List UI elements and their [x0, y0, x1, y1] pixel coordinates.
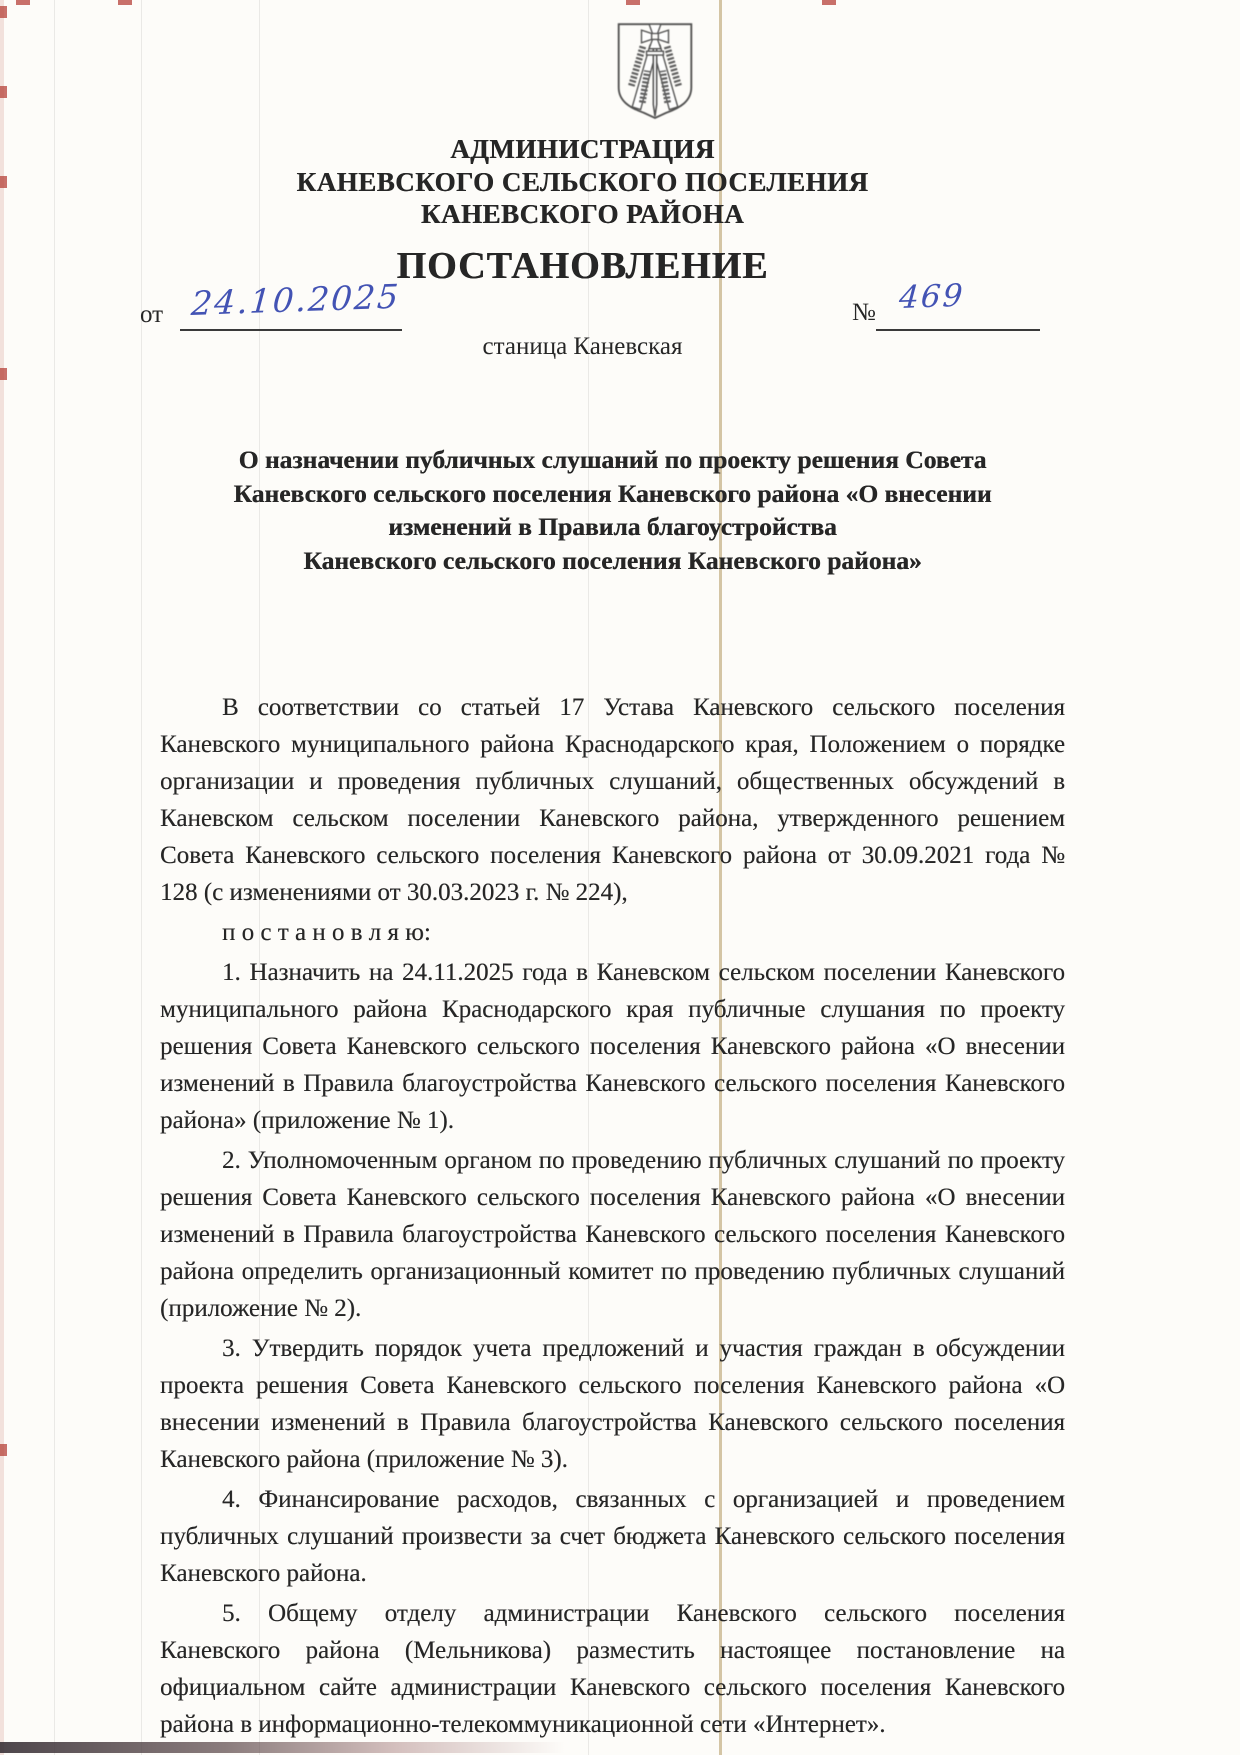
resolution-word: п о с т а н о в л я ю:: [160, 914, 1065, 951]
ordered-item-2: 2. Уполномоченным органом по проведению …: [160, 1142, 1065, 1327]
doc-title-line-3: изменений в Правила благоустройства: [160, 510, 1065, 544]
scan-edge-mark: [0, 86, 7, 98]
ordered-item-5: 5. Общему отделу администрации Каневског…: [160, 1595, 1065, 1743]
org-name-line-3: КАНЕВСКОГО РАЙОНА: [0, 199, 1165, 230]
org-name-line-2: КАНЕВСКОГО СЕЛЬСКОГО ПОСЕЛЕНИЯ: [0, 167, 1165, 198]
doc-title-line-2: Каневского сельского поселения Каневског…: [160, 477, 1065, 511]
scan-edge-mark: [0, 1444, 7, 1456]
body-intro-paragraph: В соответствии со статьей 17 Устава Кане…: [160, 689, 1065, 911]
scanned-document-page: АДМИНИСТРАЦИЯ КАНЕВСКОГО СЕЛЬСКОГО ПОСЕЛ…: [0, 0, 1240, 1755]
doc-title-line-1: О назначении публичных слушаний по проек…: [160, 443, 1065, 477]
document-body: В соответствии со статьей 17 Устава Кане…: [160, 689, 1065, 1743]
coat-of-arms-icon: [612, 20, 698, 123]
date-handwritten: 24.10.2025: [190, 277, 402, 323]
scan-edge-mark: [626, 0, 640, 5]
ordered-item-4: 4. Финансирование расходов, связанных с …: [160, 1481, 1065, 1592]
doc-title: О назначении публичных слушаний по проек…: [160, 443, 1065, 577]
date-underline: [180, 329, 402, 331]
bottom-scan-band: [0, 1742, 565, 1753]
scan-edge-mark: [822, 0, 836, 5]
doc-title-line-4: Каневского сельского поселения Каневског…: [160, 544, 1065, 578]
number-underline: [876, 329, 1040, 331]
number-label: №: [852, 299, 876, 327]
scan-edge-mark: [0, 6, 7, 18]
doc-type-title: ПОСТАНОВЛЕНИЕ: [0, 244, 1165, 288]
scan-edge-mark: [16, 0, 30, 5]
scan-edge-mark: [0, 368, 7, 380]
org-name-line-1: АДМИНИСТРАЦИЯ: [0, 134, 1165, 165]
date-label: от: [140, 301, 163, 329]
scan-edge-mark: [118, 0, 132, 5]
ordered-item-3: 3. Утвердить порядок учета предложений и…: [160, 1330, 1065, 1478]
place-line: станица Каневская: [0, 333, 1165, 361]
number-handwritten: 469: [898, 278, 966, 316]
ordered-item-1: 1. Назначить на 24.11.2025 года в Каневс…: [160, 954, 1065, 1139]
